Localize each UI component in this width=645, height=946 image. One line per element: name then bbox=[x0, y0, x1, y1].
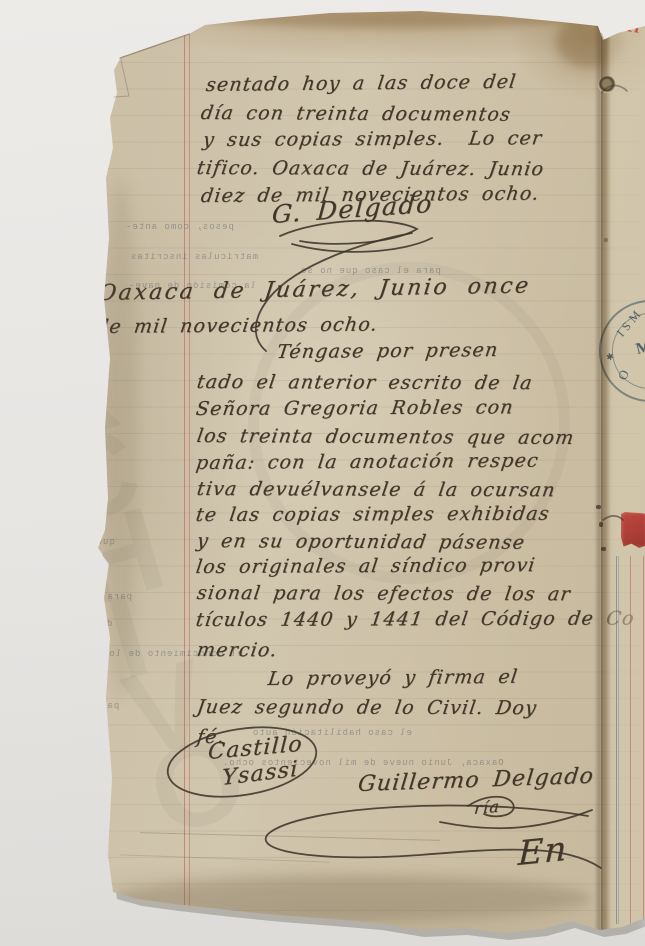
adjacent-sheet-edge bbox=[601, 18, 645, 934]
folio-mark: II bbox=[626, 19, 642, 38]
manuscript-page: A R C H I V O pesos, como ante- matrícul… bbox=[0, 0, 645, 946]
ink-speck bbox=[601, 547, 606, 551]
manuscript-line: tado el anterior escrito de la bbox=[195, 371, 534, 394]
secretary-rubric: ría bbox=[473, 797, 500, 818]
manuscript-line: paña: con la anotación respec bbox=[195, 450, 541, 474]
manuscript-line: tiva devuélvansele á la ocursan bbox=[195, 478, 557, 501]
red-stamp-fragment bbox=[621, 512, 645, 548]
bleedthrough-text: que se me devuelv bbox=[6, 537, 115, 547]
manuscript-line: mercio. bbox=[195, 639, 279, 661]
manuscript-line: Lo proveyó y firma el bbox=[267, 666, 520, 690]
manuscript-line: sional para los efectos de los ar bbox=[195, 582, 572, 605]
manuscript-line: día con treinta documentos bbox=[199, 102, 512, 126]
ruling-line-next-page bbox=[630, 556, 631, 924]
ink-speck bbox=[596, 505, 601, 509]
watermark-letter: A bbox=[0, 249, 108, 386]
manuscript-line: tifico. Oaxaca de Juárez. Junio bbox=[195, 157, 545, 180]
manuscript-line: te las copias simples exhibidas bbox=[194, 503, 551, 526]
manuscript-line: y en su oportunidad pásense bbox=[195, 530, 526, 554]
bleedthrough-text: para verificacione bbox=[4, 701, 119, 711]
document-scan: A R C H I V O pesos, como ante- matrícul… bbox=[0, 0, 645, 946]
bleedthrough-text: el crédito como bbox=[10, 479, 106, 489]
catchword: En bbox=[517, 829, 568, 874]
bleedthrough-text: matrículas inscritas bbox=[130, 252, 258, 262]
ruling-line-next-page bbox=[616, 556, 617, 924]
manuscript-line: los originales al síndico provi bbox=[195, 554, 538, 578]
ink-speck bbox=[604, 238, 608, 242]
ink-speck bbox=[599, 522, 603, 527]
stain bbox=[200, 6, 600, 28]
page-fold-shadow bbox=[594, 18, 603, 932]
manuscript-line: tículos 1440 y 1441 del Código de Co bbox=[194, 607, 636, 631]
manuscript-line: Téngase por presen bbox=[276, 339, 500, 363]
bleedthrough-text: pesos, como ante- bbox=[125, 222, 234, 232]
manuscript-line: sentado hoy a las doce del bbox=[205, 71, 518, 96]
manuscript-line: Señora Gregoria Robles con bbox=[195, 396, 516, 420]
bleedthrough-text: para los instituyent bbox=[4, 592, 132, 602]
bleedthrough-text: dictamen respect bbox=[10, 619, 112, 629]
manuscript-line: los treinta documentos que acom bbox=[195, 425, 576, 449]
manuscript-line: Juez segundo de lo Civil. Doy bbox=[195, 696, 538, 719]
manuscript-line: y sus copias simples. Lo cer bbox=[202, 127, 544, 151]
decree-dateline: de mil novecientos ocho. bbox=[95, 314, 380, 338]
ruling-line-next-page bbox=[643, 556, 644, 924]
